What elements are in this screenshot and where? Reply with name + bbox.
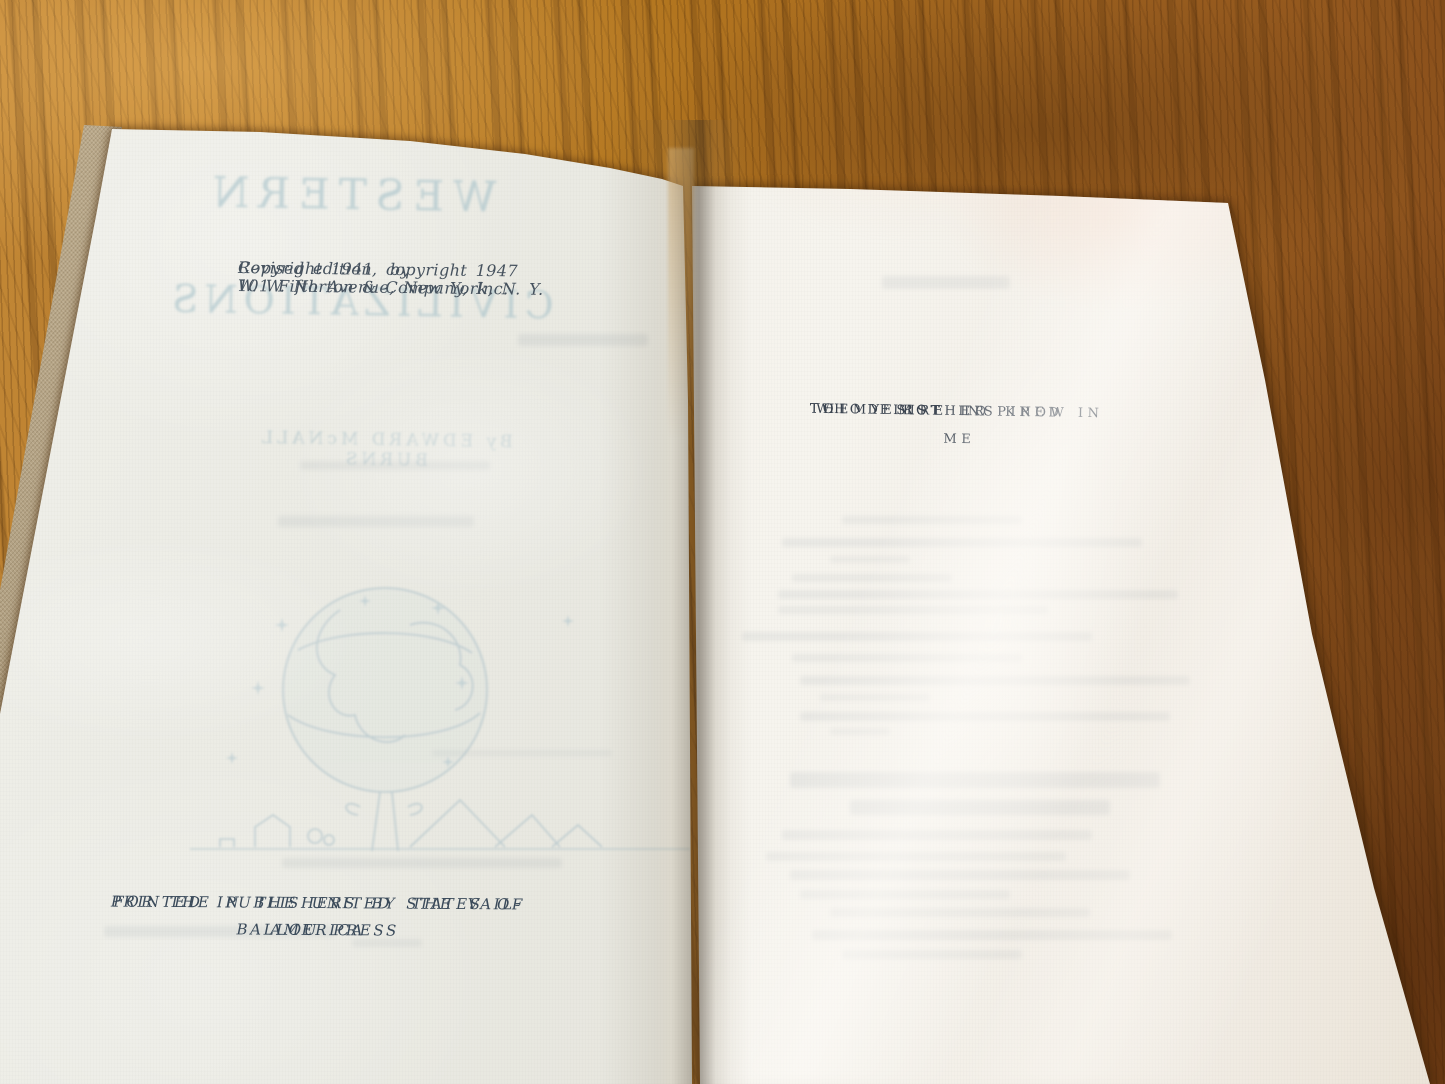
showthrough-text-smudge — [792, 654, 1022, 662]
showthrough-text-smudge — [792, 574, 952, 582]
dedication-line: THE DESIRE TO KNOW — [810, 396, 1069, 428]
showthrough-text-smudge — [820, 694, 930, 701]
showthrough-text-smudge — [850, 800, 1110, 815]
showthrough-text-smudge — [842, 516, 1022, 524]
showthrough-text-smudge — [790, 772, 1160, 788]
showthrough-text-smudge — [800, 890, 1010, 899]
right-page: TO MY MOTHER WHO FIRST INSPIRED IN ME TH… — [0, 0, 1445, 1084]
right-page-shadow-wrap: TO MY MOTHER WHO FIRST INSPIRED IN ME TH… — [0, 0, 1445, 1084]
showthrough-text-smudge — [800, 712, 1170, 721]
showthrough-text-smudge — [778, 606, 1048, 614]
showthrough-text-smudge — [830, 908, 1090, 917]
showthrough-text-smudge — [800, 676, 1190, 685]
showthrough-text-smudge — [778, 590, 1178, 599]
showthrough-text-smudge — [830, 556, 910, 563]
right-page-showthrough-smudges — [0, 0, 1445, 1084]
showthrough-text-smudge — [782, 830, 1092, 840]
showthrough-text-smudge — [882, 276, 1010, 289]
showthrough-text-smudge — [812, 930, 1172, 940]
showthrough-text-smudge — [782, 538, 1142, 547]
showthrough-text-smudge — [742, 632, 1092, 641]
showthrough-text-smudge — [842, 950, 1022, 959]
showthrough-text-smudge — [766, 852, 1066, 861]
showthrough-text-smudge — [830, 728, 890, 735]
showthrough-text-smudge — [790, 870, 1130, 880]
book: WESTERN CIVILIZATIONS By EDWARD McNALL B… — [0, 0, 1445, 1084]
photo-open-book-on-table: WESTERN CIVILIZATIONS By EDWARD McNALL B… — [0, 0, 1445, 1084]
